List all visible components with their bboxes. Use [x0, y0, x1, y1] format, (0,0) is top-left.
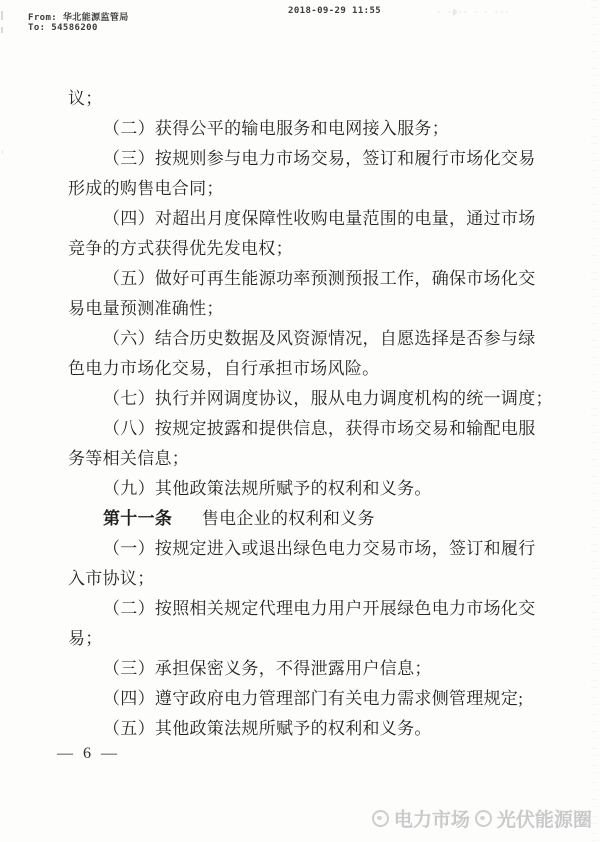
- text-line: （四）对超出月度保障性收购电量范围的电量，通过市场: [68, 204, 560, 234]
- fax-datetime: 2018-09-29 11:55: [288, 6, 381, 16]
- text-line: （五）其他政策法规所赋予的权利和义务。: [68, 714, 560, 744]
- watermark-text-dianlishichang: 电力市场: [394, 805, 470, 832]
- text-line: 色电力市场化交易，自行承担市场风险。: [68, 354, 560, 384]
- scan-speck: [1, 27, 3, 33]
- text-line: 易；: [68, 624, 560, 654]
- article-number: 第十一条: [103, 509, 172, 528]
- text-line: （五）做好可再生能源功率预测预报工作，确保市场化交: [68, 264, 560, 294]
- scanned-fax-page: From: 华北能源监管局 To: 54586200 2018-09-29 11…: [0, 0, 600, 842]
- text-line: （二）按照相关规定代理电力用户开展绿色电力市场化交: [68, 594, 560, 624]
- text-line: （八）按规定披露和提供信息，获得市场交易和输配电服: [68, 414, 560, 444]
- text-line: （一）按规定进入或退出绿色电力交易市场，签订和履行: [68, 534, 560, 564]
- fax-header: From: 华北能源监管局 To: 54586200 2018-09-29 11…: [0, 0, 600, 40]
- text-line: 议；: [68, 84, 560, 114]
- fax-from-label: From: 华北能源监管局: [28, 10, 129, 23]
- text-line: （七）执行并网调度协议，服从电力调度机构的统一调度；: [68, 384, 560, 414]
- scan-speck: [2, 150, 3, 154]
- document-body: 议； （二）获得公平的输电服务和电网接入服务； （三）按规则参与电力市场交易，签…: [68, 84, 560, 744]
- text-line: 竞争的方式获得优先发电权；: [68, 234, 560, 264]
- text-line: 易电量预测准确性；: [68, 294, 560, 324]
- page-number: — 6 —: [57, 745, 120, 763]
- text-line: 形成的购售电合同；: [68, 174, 560, 204]
- text-line: （三）承担保密义务，不得泄露用户信息；: [68, 654, 560, 684]
- text-line: （二）获得公平的输电服务和电网接入服务；: [68, 114, 560, 144]
- fax-to-label: To: 54586200: [28, 23, 98, 33]
- fax-faint-page-info: - -p-- - - ---: [437, 8, 510, 16]
- watermark-strip: 电力市场 光伏能源圈: [372, 805, 592, 832]
- text-line: （三）按规则参与电力市场交易，签订和履行市场化交易: [68, 144, 560, 174]
- circle-logo-icon: [372, 810, 389, 827]
- text-line: （六）结合历史数据及风资源情况，自愿选择是否参与绿: [68, 324, 560, 354]
- text-line: （九）其他政策法规所赋予的权利和义务。: [68, 474, 560, 504]
- text-line: 入市协议；: [68, 564, 560, 594]
- text-line: 务等相关信息；: [68, 444, 560, 474]
- circle-logo-icon: [475, 810, 492, 827]
- watermark-text-guangfunengyuanquan: 光伏能源圈: [497, 805, 592, 832]
- scan-noise-right-edge: [591, 0, 598, 842]
- scan-speck: [1, 11, 3, 20]
- article-heading: 第十一条 售电企业的权利和义务: [68, 504, 560, 534]
- article-title: 售电企业的权利和义务: [202, 509, 375, 528]
- text-line: （四）遵守政府电力管理部门有关电力需求侧管理规定;: [68, 684, 560, 714]
